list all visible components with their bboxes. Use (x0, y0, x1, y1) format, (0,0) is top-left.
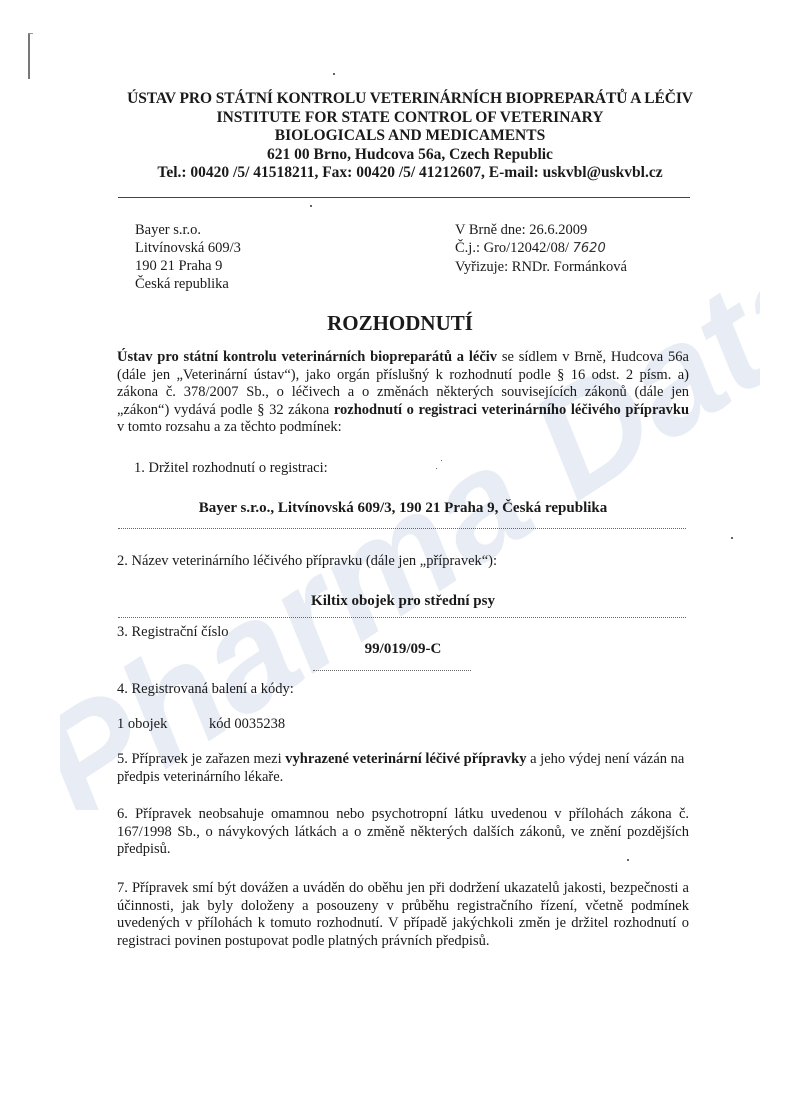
dotted-line (118, 617, 686, 618)
product-name-label: 2. Název veterinárního léčivého přípravk… (117, 553, 497, 571)
institution-name-cz: ÚSTAV PRO STÁTNÍ KONTROLU VETERINÁRNÍCH … (80, 90, 740, 109)
registration-number-value: 99/019/09-C (117, 641, 689, 658)
intro-paragraph: Ústav pro státní kontrolu veterinárních … (117, 349, 689, 437)
document-title: ROZHODNUTÍ (100, 311, 700, 336)
scan-speck (436, 468, 437, 469)
header-rule (118, 197, 690, 198)
recipient-city: 190 21 Praha 9 (135, 257, 241, 275)
recipient-street: Litvínovská 609/3 (135, 239, 241, 257)
handled-by: Vyřizuje: RNDr. Formánková (455, 258, 627, 276)
holder-value: Bayer s.r.o., Litvínovská 609/3, 190 21 … (117, 500, 689, 517)
institution-name-en-1: INSTITUTE FOR STATE CONTROL OF VETERINAR… (80, 109, 740, 128)
recipient-country: Česká republika (135, 275, 241, 293)
paragraph-7: 7. Přípravek smí být dovážen a uváděn do… (117, 880, 689, 950)
packages-label: 4. Registrovaná balení a kódy: (117, 681, 294, 699)
reference-number: Č.j.: Gro/12042/08/ 7620 (455, 239, 627, 258)
intro-bold-decision: rozhodnutí o registraci veterinárního lé… (334, 402, 689, 418)
para5-bold: vyhrazené veterinární léčivé přípravky (285, 751, 526, 767)
institution-header: ÚSTAV PRO STÁTNÍ KONTROLU VETERINÁRNÍCH … (80, 90, 740, 183)
product-name-value: Kiltix obojek pro střední psy (117, 593, 689, 610)
scan-mark (28, 33, 33, 79)
reference-handwritten: 7620 (573, 241, 606, 256)
package-name: 1 obojek (117, 716, 167, 733)
reference-prefix: Č.j.: Gro/12042/08/ (455, 240, 573, 256)
scan-speck (441, 460, 442, 461)
issue-date: V Brně dne: 26.6.2009 (455, 221, 627, 239)
package-code: kód 0035238 (209, 716, 285, 733)
institution-name-en-2: BIOLOGICALS AND MEDICAMENTS (80, 127, 740, 146)
recipient-name: Bayer s.r.o. (135, 221, 241, 239)
intro-bold-institution: Ústav pro státní kontrolu veterinárních … (117, 349, 497, 365)
holder-label: 1. Držitel rozhodnutí o registraci: (134, 460, 328, 478)
dotted-line (118, 528, 686, 529)
scan-speck (627, 859, 629, 861)
intro-text-2: v tomto rozsahu a za těchto podmínek: (117, 419, 342, 435)
institution-contacts: Tel.: 00420 /5/ 41518211, Fax: 00420 /5/… (80, 164, 740, 183)
document-meta: V Brně dne: 26.6.2009 Č.j.: Gro/12042/08… (455, 221, 627, 276)
document-page: ÚSTAV PRO STÁTNÍ KONTROLU VETERINÁRNÍCH … (0, 0, 800, 1100)
scan-speck (333, 73, 335, 75)
paragraph-6: 6. Přípravek neobsahuje omamnou nebo psy… (117, 806, 689, 859)
scan-speck (731, 537, 733, 539)
scan-speck (310, 205, 312, 207)
recipient-address: Bayer s.r.o. Litvínovská 609/3 190 21 Pr… (135, 221, 241, 293)
institution-address: 621 00 Brno, Hudcova 56a, Czech Republic (80, 146, 740, 165)
dotted-line (313, 670, 471, 671)
paragraph-5: 5. Přípravek je zařazen mezi vyhrazené v… (117, 751, 689, 786)
registration-number-label: 3. Registrační číslo (117, 624, 229, 642)
para5-text-1: 5. Přípravek je zařazen mezi (117, 751, 285, 767)
